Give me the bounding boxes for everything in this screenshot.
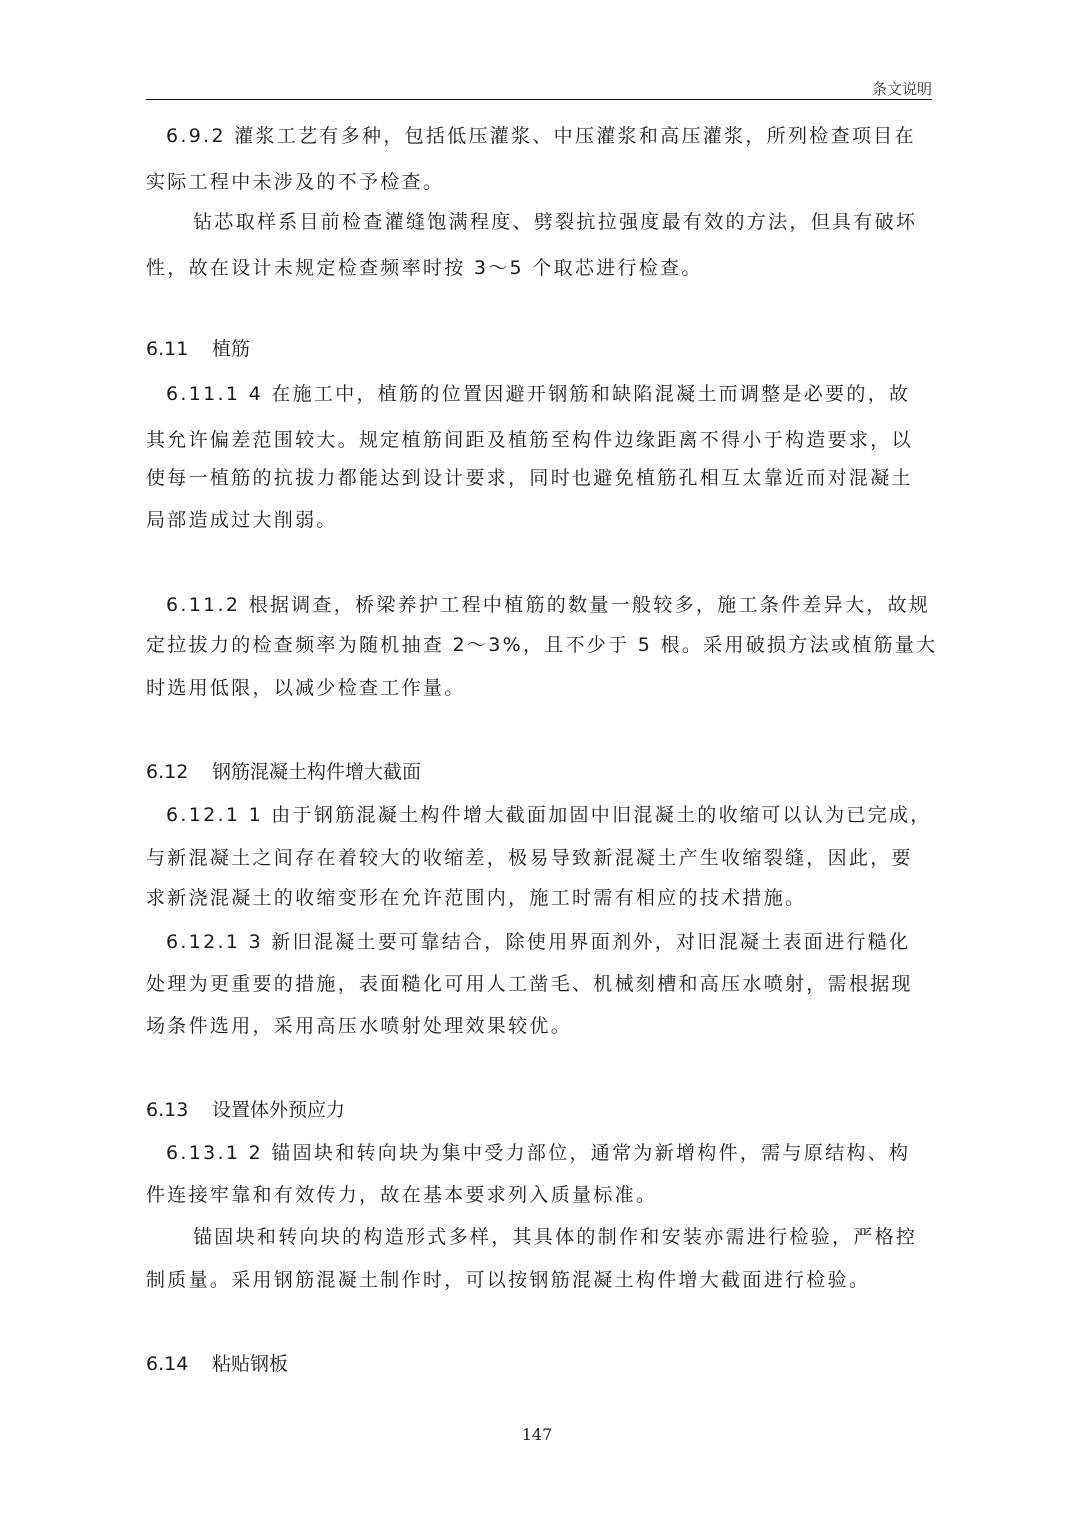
section-heading-6-11: 6.11植筋 (146, 337, 250, 361)
text-line: 钻芯取样系目前检查灌缝饱满程度、劈裂抗拉强度最有效的方法，但具有破坏 (146, 210, 979, 234)
section-heading-6-14: 6.14粘贴钢板 (146, 1352, 288, 1376)
text-line: 求新浇混凝土的收缩变形在允许范围内，施工时需有相应的技术措施。 (146, 886, 932, 910)
section-heading-6-12: 6.12钢筋混凝土构件增大截面 (146, 760, 421, 784)
section-number: 6.13 (146, 1098, 212, 1122)
text-line: 件连接牢靠和有效传力，故在基本要求列入质量标准。 (146, 1183, 932, 1207)
text-line: 处理为更重要的措施，表面糙化可用人工凿毛、机械刻槽和高压水喷射，需根据现 (146, 972, 932, 996)
section-number: 6.14 (146, 1352, 212, 1376)
section-number: 6.11 (146, 337, 212, 361)
text-line: 实际工程中未涉及的不予检查。 (146, 170, 932, 194)
text-line: 锚固块和转向块的构造形式多样，其具体的制作和安装亦需进行检验，严格控 (146, 1225, 979, 1249)
section-title: 植筋 (212, 338, 250, 360)
text-line: 性，故在设计未规定检查频率时按 3～5 个取芯进行检查。 (146, 256, 932, 280)
text-line: 6.13.1 2 锚固块和转向块为集中受力部位，通常为新增构件，需与原结构、构 (146, 1141, 952, 1165)
text-line: 局部造成过大削弱。 (146, 508, 932, 532)
section-heading-6-13: 6.13设置体外预应力 (146, 1098, 345, 1122)
text-line: 使每一植筋的抗拔力都能达到设计要求，同时也避免植筋孔相互太靠近而对混凝土 (146, 466, 932, 490)
text-line: 6.11.1 4 在施工中，植筋的位置因避开钢筋和缺陷混凝土而调整是必要的，故 (146, 382, 952, 406)
text-line: 6.9.2 灌浆工艺有多种，包括低压灌浆、中压灌浆和高压灌浆，所列检查项目在 (146, 124, 952, 148)
text-line: 6.12.1 1 由于钢筋混凝土构件增大截面加固中旧混凝土的收缩可以认为已完成， (146, 803, 952, 827)
text-line: 与新混凝土之间存在着较大的收缩差，极易导致新混凝土产生收缩裂缝，因此，要 (146, 846, 932, 870)
section-title: 粘贴钢板 (212, 1353, 288, 1375)
text-line: 制质量。采用钢筋混凝土制作时，可以按钢筋混凝土构件增大截面进行检验。 (146, 1268, 932, 1292)
text-line: 场条件选用，采用高压水喷射处理效果较优。 (146, 1014, 932, 1038)
running-header: 条文说明 (872, 78, 932, 99)
text-line: 时选用低限，以减少检查工作量。 (146, 676, 932, 700)
text-line: 定拉拔力的检查频率为随机抽查 2～3%，且不少于 5 根。采用破损方法或植筋量大 (146, 633, 932, 657)
header-divider (146, 99, 932, 100)
page-number: 147 (0, 1425, 1074, 1444)
section-title: 钢筋混凝土构件增大截面 (212, 761, 421, 783)
text-line: 6.11.2 根据调查，桥梁养护工程中植筋的数量一般较多，施工条件差异大，故规 (146, 593, 952, 617)
text-line: 其允许偏差范围较大。规定植筋间距及植筋至构件边缘距离不得小于构造要求，以 (146, 428, 932, 452)
section-number: 6.12 (146, 760, 212, 784)
text-line: 6.12.1 3 新旧混凝土要可靠结合，除使用界面剂外，对旧混凝土表面进行糙化 (146, 930, 952, 954)
section-title: 设置体外预应力 (212, 1099, 345, 1121)
